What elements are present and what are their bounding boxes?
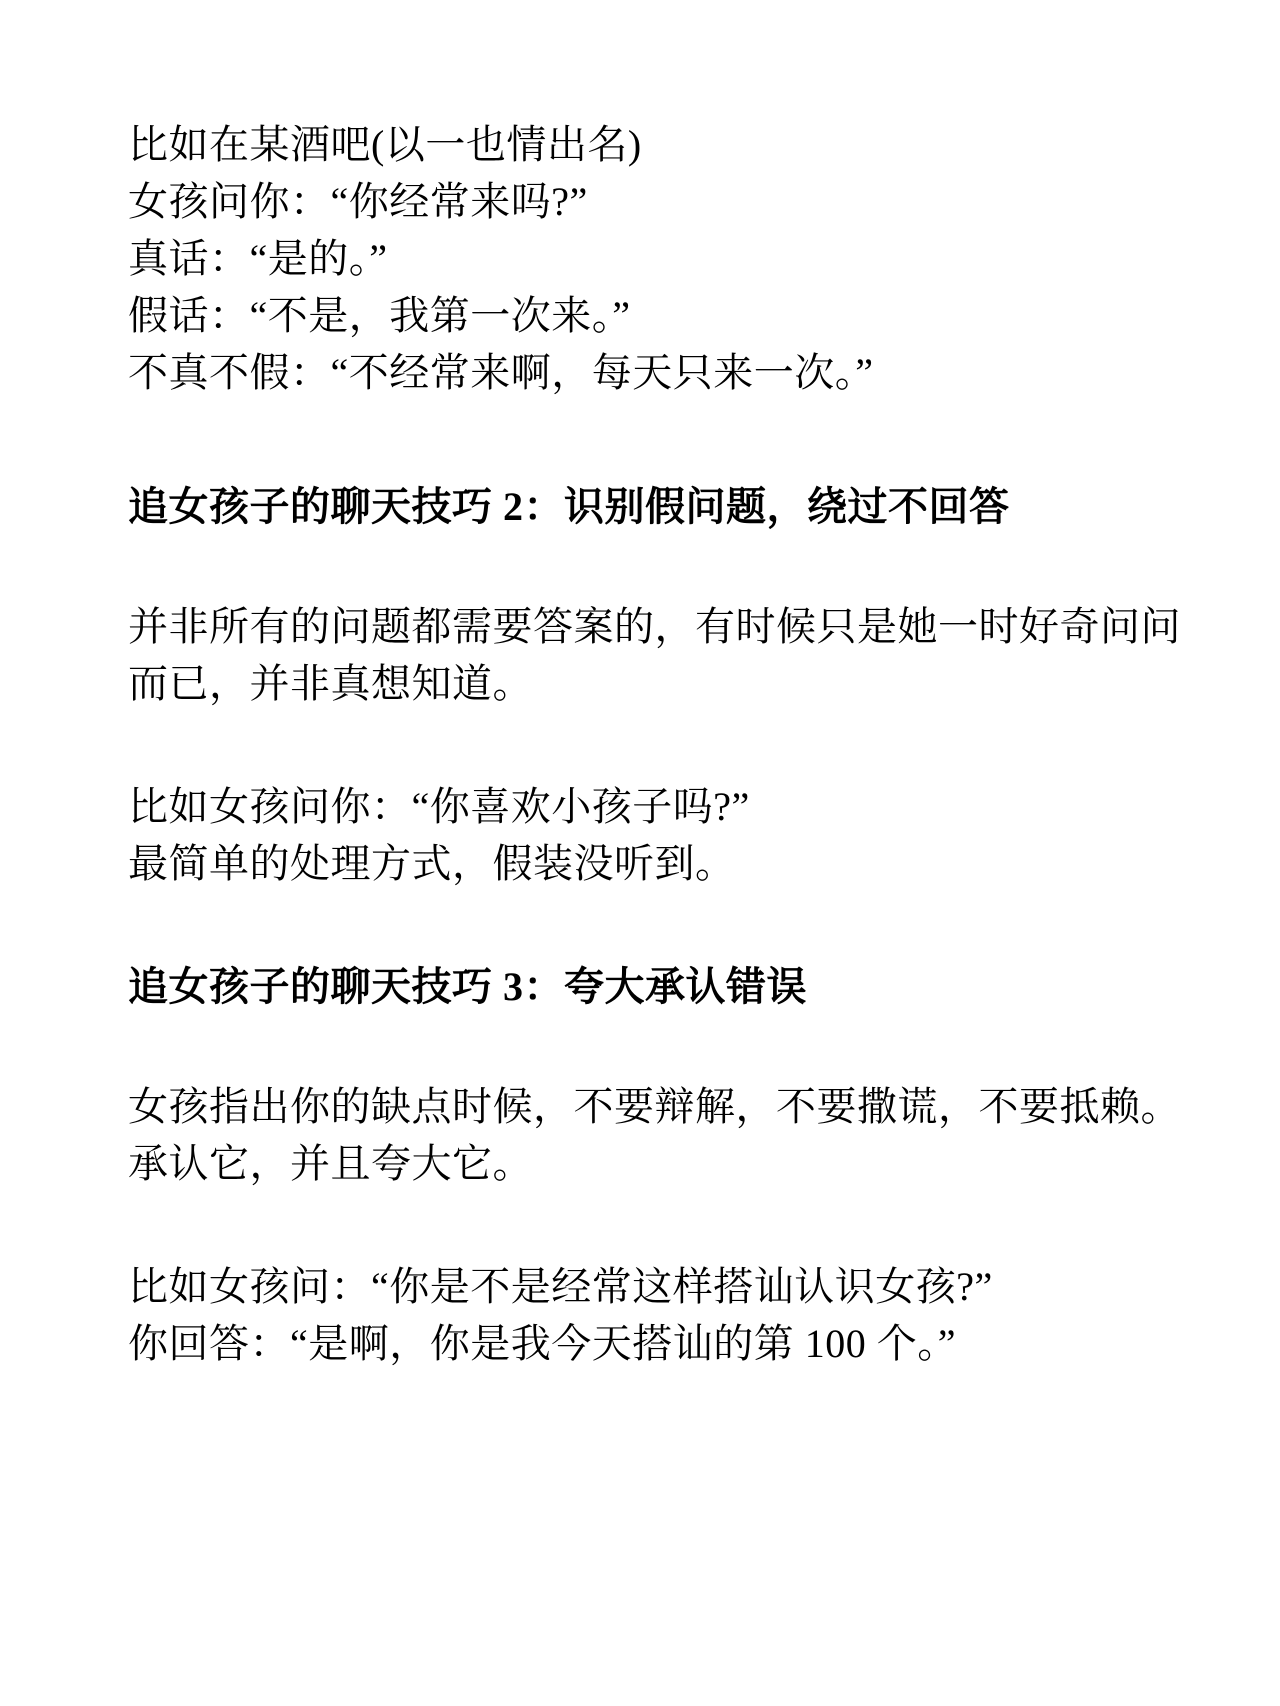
text-line: 而已，并非真想知道。: [128, 655, 1190, 712]
text-line: 比如女孩问你：“你喜欢小孩子吗?”: [128, 778, 1190, 835]
section-heading: 追女孩子的聊天技巧 3：夸大承认错误: [128, 958, 1190, 1015]
text-line: 比如女孩问：“你是不是经常这样搭讪认识女孩?”: [128, 1258, 1190, 1315]
text-line: 追女孩子的聊天技巧 2：识别假问题，绕过不回答: [128, 478, 1190, 535]
section-heading: 追女孩子的聊天技巧 2：识别假问题，绕过不回答: [128, 478, 1190, 535]
text-line: 你回答：“是啊，你是我今天搭讪的第 100 个。”: [128, 1315, 1190, 1372]
document-page: 比如在某酒吧(以一也情出名)女孩问你：“你经常来吗?”真话：“是的。”假话：“不…: [0, 0, 1280, 1706]
text-line: 并非所有的问题都需要答案的，有时候只是她一时好奇问问: [128, 598, 1190, 655]
text-line: 承认它，并且夸大它。: [128, 1135, 1190, 1192]
text-line: 女孩指出你的缺点时候，不要辩解，不要撒谎，不要抵赖。: [128, 1078, 1190, 1135]
text-line: 比如在某酒吧(以一也情出名): [128, 116, 1190, 173]
text-line: 女孩问你：“你经常来吗?”: [128, 173, 1190, 230]
paragraph: 比如在某酒吧(以一也情出名)女孩问你：“你经常来吗?”真话：“是的。”假话：“不…: [128, 116, 1190, 401]
text-line: 真话：“是的。”: [128, 230, 1190, 287]
paragraph: 比如女孩问：“你是不是经常这样搭讪认识女孩?”你回答：“是啊，你是我今天搭讪的第…: [128, 1258, 1190, 1372]
document-content: 比如在某酒吧(以一也情出名)女孩问你：“你经常来吗?”真话：“是的。”假话：“不…: [128, 116, 1190, 1372]
text-line: 假话：“不是，我第一次来。”: [128, 287, 1190, 344]
paragraph: 并非所有的问题都需要答案的，有时候只是她一时好奇问问而已，并非真想知道。: [128, 598, 1190, 712]
paragraph: 比如女孩问你：“你喜欢小孩子吗?”最简单的处理方式，假装没听到。: [128, 778, 1190, 892]
paragraph: 女孩指出你的缺点时候，不要辩解，不要撒谎，不要抵赖。承认它，并且夸大它。: [128, 1078, 1190, 1192]
text-line: 不真不假：“不经常来啊，每天只来一次。”: [128, 344, 1190, 401]
text-line: 追女孩子的聊天技巧 3：夸大承认错误: [128, 958, 1190, 1015]
text-line: 最简单的处理方式，假装没听到。: [128, 835, 1190, 892]
